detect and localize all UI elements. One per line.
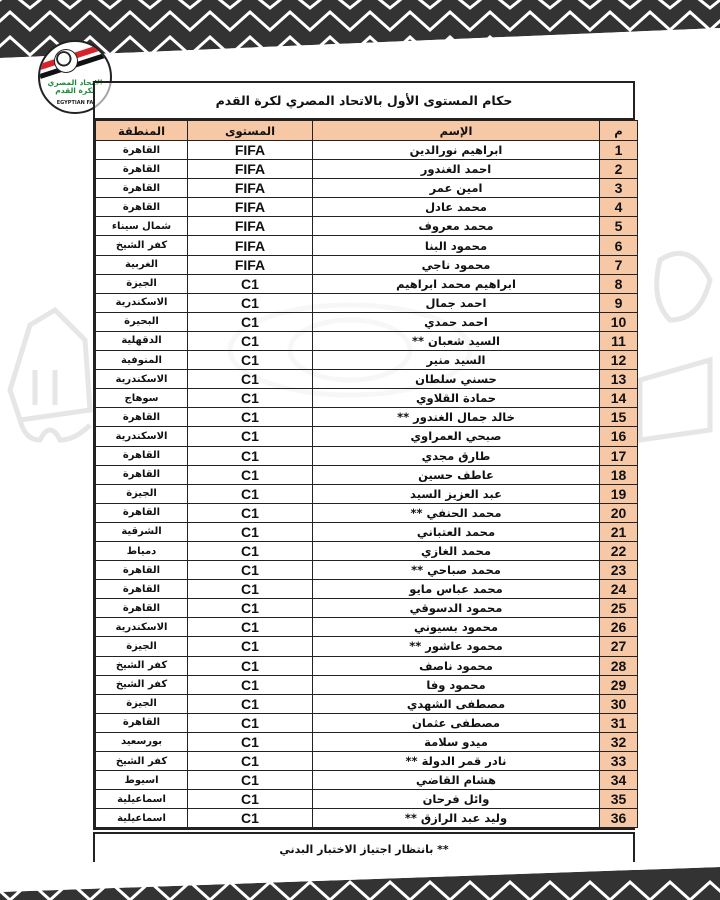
name-cell: محمود الدسوقي (313, 599, 600, 618)
name-cell: محمد عباس مايو (313, 580, 600, 599)
number-cell: 3 (600, 179, 638, 198)
bottom-zigzag-band (0, 862, 720, 900)
number-cell: 19 (600, 484, 638, 503)
region-cell: المنوفية (96, 351, 188, 370)
table-row: الدقهليةC1السيد شعبان **11 (96, 331, 638, 350)
name-cell: محمد الحنفي ** (313, 503, 600, 522)
name-cell: خالد جمال الغندور ** (313, 408, 600, 427)
level-cell: C1 (188, 675, 313, 694)
level-cell: C1 (188, 389, 313, 408)
region-cell: القاهرة (96, 599, 188, 618)
level-cell: C1 (188, 370, 313, 389)
table-row: القاهرةFIFAاحمد الغندور2 (96, 160, 638, 179)
column-header-name: الإسم (313, 121, 600, 141)
level-cell: C1 (188, 752, 313, 771)
table-row: الجيزةC1عبد العزيز السيد19 (96, 484, 638, 503)
number-cell: 26 (600, 618, 638, 637)
level-cell: C1 (188, 351, 313, 370)
top-zigzag-band (0, 0, 720, 60)
table-row: القاهرةFIFAابراهيم نورالدين1 (96, 141, 638, 160)
table-row: الاسكندريةC1حسني سلطان13 (96, 370, 638, 389)
number-cell: 5 (600, 217, 638, 236)
level-cell: C1 (188, 465, 313, 484)
referees-table: المنطقة المستوى الإسم م القاهرةFIFAابراه… (95, 120, 638, 828)
number-cell: 33 (600, 752, 638, 771)
table-row: القاهرةFIFAامين عمر3 (96, 179, 638, 198)
level-cell: C1 (188, 713, 313, 732)
region-cell: الاسكندرية (96, 618, 188, 637)
table-row: القاهرةC1محمد صباحي **23 (96, 561, 638, 580)
level-cell: FIFA (188, 198, 313, 217)
region-cell: الدقهلية (96, 331, 188, 350)
name-cell: محمد العتباني (313, 522, 600, 541)
name-cell: محمود ناصف (313, 656, 600, 675)
table-row: القاهرةC1محمد الحنفي **20 (96, 503, 638, 522)
level-cell: C1 (188, 312, 313, 331)
name-cell: السيد منير (313, 351, 600, 370)
level-cell: C1 (188, 732, 313, 751)
level-cell: C1 (188, 484, 313, 503)
number-cell: 34 (600, 771, 638, 790)
region-cell: القاهرة (96, 198, 188, 217)
number-cell: 35 (600, 790, 638, 809)
level-cell: C1 (188, 790, 313, 809)
level-cell: C1 (188, 580, 313, 599)
table-header-row: المنطقة المستوى الإسم م (96, 121, 638, 141)
table-row: كفر الشيخFIFAمحمود البنا6 (96, 236, 638, 255)
name-cell: محمود ناجي (313, 255, 600, 274)
level-cell: C1 (188, 446, 313, 465)
table-row: البحيرةC1احمد حمدي10 (96, 312, 638, 331)
number-cell: 15 (600, 408, 638, 427)
number-cell: 22 (600, 541, 638, 560)
number-cell: 1 (600, 141, 638, 160)
level-cell: C1 (188, 618, 313, 637)
level-cell: C1 (188, 274, 313, 293)
number-cell: 9 (600, 293, 638, 312)
document-title: حكام المستوى الأول بالاتحاد المصري لكرة … (95, 83, 633, 120)
number-cell: 27 (600, 637, 638, 656)
level-cell: C1 (188, 293, 313, 312)
column-header-region: المنطقة (96, 121, 188, 141)
table-row: القاهرةC1محمد عباس مايو24 (96, 580, 638, 599)
number-cell: 28 (600, 656, 638, 675)
name-cell: ابراهيم محمد ابراهيم (313, 274, 600, 293)
name-cell: محمد الغازي (313, 541, 600, 560)
number-cell: 24 (600, 580, 638, 599)
name-cell: عبد العزيز السيد (313, 484, 600, 503)
referees-table-container: حكام المستوى الأول بالاتحاد المصري لكرة … (93, 81, 635, 830)
region-cell: كفر الشيخ (96, 656, 188, 675)
table-row: الجيزةC1ابراهيم محمد ابراهيم8 (96, 274, 638, 293)
number-cell: 18 (600, 465, 638, 484)
number-cell: 16 (600, 427, 638, 446)
number-cell: 7 (600, 255, 638, 274)
table-row: القاهرةC1عاطف حسين18 (96, 465, 638, 484)
level-cell: C1 (188, 656, 313, 675)
level-cell: FIFA (188, 160, 313, 179)
number-cell: 6 (600, 236, 638, 255)
region-cell: القاهرة (96, 713, 188, 732)
table-row: القاهرةC1طارق مجدي17 (96, 446, 638, 465)
name-cell: محمود وفا (313, 675, 600, 694)
region-cell: بورسعيد (96, 732, 188, 751)
region-cell: القاهرة (96, 503, 188, 522)
number-cell: 11 (600, 331, 638, 350)
name-cell: احمد الغندور (313, 160, 600, 179)
table-row: الجيزةC1مصطفى الشهدي30 (96, 694, 638, 713)
name-cell: مصطفى عثمان (313, 713, 600, 732)
name-cell: وليد عبد الرازق ** (313, 809, 600, 828)
region-cell: اسيوط (96, 771, 188, 790)
column-header-level: المستوى (188, 121, 313, 141)
region-cell: كفر الشيخ (96, 675, 188, 694)
region-cell: القاهرة (96, 561, 188, 580)
name-cell: محمود البنا (313, 236, 600, 255)
level-cell: C1 (188, 427, 313, 446)
number-cell: 32 (600, 732, 638, 751)
level-cell: C1 (188, 599, 313, 618)
level-cell: FIFA (188, 141, 313, 160)
region-cell: الاسكندرية (96, 370, 188, 389)
name-cell: هشام القاضي (313, 771, 600, 790)
name-cell: محمد معروف (313, 217, 600, 236)
number-cell: 2 (600, 160, 638, 179)
name-cell: نادر قمر الدولة ** (313, 752, 600, 771)
name-cell: امين عمر (313, 179, 600, 198)
level-cell: C1 (188, 408, 313, 427)
name-cell: مصطفى الشهدي (313, 694, 600, 713)
level-cell: FIFA (188, 179, 313, 198)
level-cell: C1 (188, 694, 313, 713)
region-cell: اسماعيلية (96, 790, 188, 809)
footnote-text: ** بانتظار اجتياز الاختبار البدني (279, 843, 448, 856)
football-icon (54, 49, 78, 73)
number-cell: 10 (600, 312, 638, 331)
sphinx-watermark-icon (0, 300, 95, 520)
region-cell: الاسكندرية (96, 293, 188, 312)
region-cell: الغربية (96, 255, 188, 274)
region-cell: الاسكندرية (96, 427, 188, 446)
name-cell: محمود بسيوني (313, 618, 600, 637)
table-row: اسماعيليةC1وليد عبد الرازق **36 (96, 809, 638, 828)
region-cell: البحيرة (96, 312, 188, 331)
level-cell: FIFA (188, 255, 313, 274)
table-row: اسماعيليةC1وائل فرحان35 (96, 790, 638, 809)
name-cell: حمادة القلاوي (313, 389, 600, 408)
table-row: كفر الشيخC1محمود وفا29 (96, 675, 638, 694)
level-cell: C1 (188, 561, 313, 580)
region-cell: القاهرة (96, 465, 188, 484)
number-cell: 8 (600, 274, 638, 293)
table-row: بورسعيدC1ميدو سلامة32 (96, 732, 638, 751)
region-cell: شمال سيناء (96, 217, 188, 236)
number-cell: 29 (600, 675, 638, 694)
name-cell: صبحي العمراوي (313, 427, 600, 446)
table-row: الشرقيةC1محمد العتباني21 (96, 522, 638, 541)
level-cell: C1 (188, 809, 313, 828)
name-cell: ميدو سلامة (313, 732, 600, 751)
region-cell: القاهرة (96, 141, 188, 160)
name-cell: احمد جمال (313, 293, 600, 312)
name-cell: حسني سلطان (313, 370, 600, 389)
name-cell: ابراهيم نورالدين (313, 141, 600, 160)
name-cell: طارق مجدي (313, 446, 600, 465)
table-row: الجيزةC1محمود عاشور **27 (96, 637, 638, 656)
table-row: الاسكندريةC1احمد جمال9 (96, 293, 638, 312)
region-cell: كفر الشيخ (96, 236, 188, 255)
table-row: كفر الشيخC1محمود ناصف28 (96, 656, 638, 675)
number-cell: 31 (600, 713, 638, 732)
region-cell: القاهرة (96, 580, 188, 599)
region-cell: اسماعيلية (96, 809, 188, 828)
level-cell: C1 (188, 331, 313, 350)
level-cell: FIFA (188, 217, 313, 236)
region-cell: الجيزة (96, 484, 188, 503)
number-cell: 36 (600, 809, 638, 828)
table-row: سوهاجC1حمادة القلاوي14 (96, 389, 638, 408)
number-cell: 4 (600, 198, 638, 217)
table-row: كفر الشيخC1نادر قمر الدولة **33 (96, 752, 638, 771)
table-row: الاسكندريةC1صبحي العمراوي16 (96, 427, 638, 446)
name-cell: محمود عاشور ** (313, 637, 600, 656)
level-cell: FIFA (188, 236, 313, 255)
number-cell: 21 (600, 522, 638, 541)
level-cell: C1 (188, 522, 313, 541)
number-cell: 13 (600, 370, 638, 389)
region-cell: الجيزة (96, 637, 188, 656)
table-row: شمال سيناءFIFAمحمد معروف5 (96, 217, 638, 236)
region-cell: الجيزة (96, 274, 188, 293)
name-cell: احمد حمدي (313, 312, 600, 331)
number-cell: 23 (600, 561, 638, 580)
number-cell: 12 (600, 351, 638, 370)
number-cell: 20 (600, 503, 638, 522)
region-cell: القاهرة (96, 446, 188, 465)
level-cell: C1 (188, 771, 313, 790)
region-cell: الشرقية (96, 522, 188, 541)
level-cell: C1 (188, 503, 313, 522)
region-cell: القاهرة (96, 160, 188, 179)
number-cell: 14 (600, 389, 638, 408)
name-cell: وائل فرحان (313, 790, 600, 809)
level-cell: C1 (188, 541, 313, 560)
column-header-number: م (600, 121, 638, 141)
name-cell: محمد صباحي ** (313, 561, 600, 580)
table-row: القاهرةFIFAمحمد عادل4 (96, 198, 638, 217)
number-cell: 17 (600, 446, 638, 465)
table-row: الغربيةFIFAمحمود ناجي7 (96, 255, 638, 274)
number-cell: 25 (600, 599, 638, 618)
pyramid-watermark-icon (630, 230, 720, 450)
table-row: القاهرةC1مصطفى عثمان31 (96, 713, 638, 732)
table-row: دمياطC1محمد الغازي22 (96, 541, 638, 560)
table-row: القاهرةC1خالد جمال الغندور **15 (96, 408, 638, 427)
number-cell: 30 (600, 694, 638, 713)
table-body: القاهرةFIFAابراهيم نورالدين1القاهرةFIFAا… (96, 141, 638, 828)
level-cell: C1 (188, 637, 313, 656)
region-cell: سوهاج (96, 389, 188, 408)
table-row: المنوفيةC1السيد منير12 (96, 351, 638, 370)
region-cell: القاهرة (96, 408, 188, 427)
table-row: القاهرةC1محمود الدسوقي25 (96, 599, 638, 618)
name-cell: محمد عادل (313, 198, 600, 217)
table-row: اسيوطC1هشام القاضي34 (96, 771, 638, 790)
region-cell: دمياط (96, 541, 188, 560)
table-row: الاسكندريةC1محمود بسيوني26 (96, 618, 638, 637)
name-cell: عاطف حسين (313, 465, 600, 484)
name-cell: السيد شعبان ** (313, 331, 600, 350)
region-cell: القاهرة (96, 179, 188, 198)
region-cell: الجيزة (96, 694, 188, 713)
region-cell: كفر الشيخ (96, 752, 188, 771)
